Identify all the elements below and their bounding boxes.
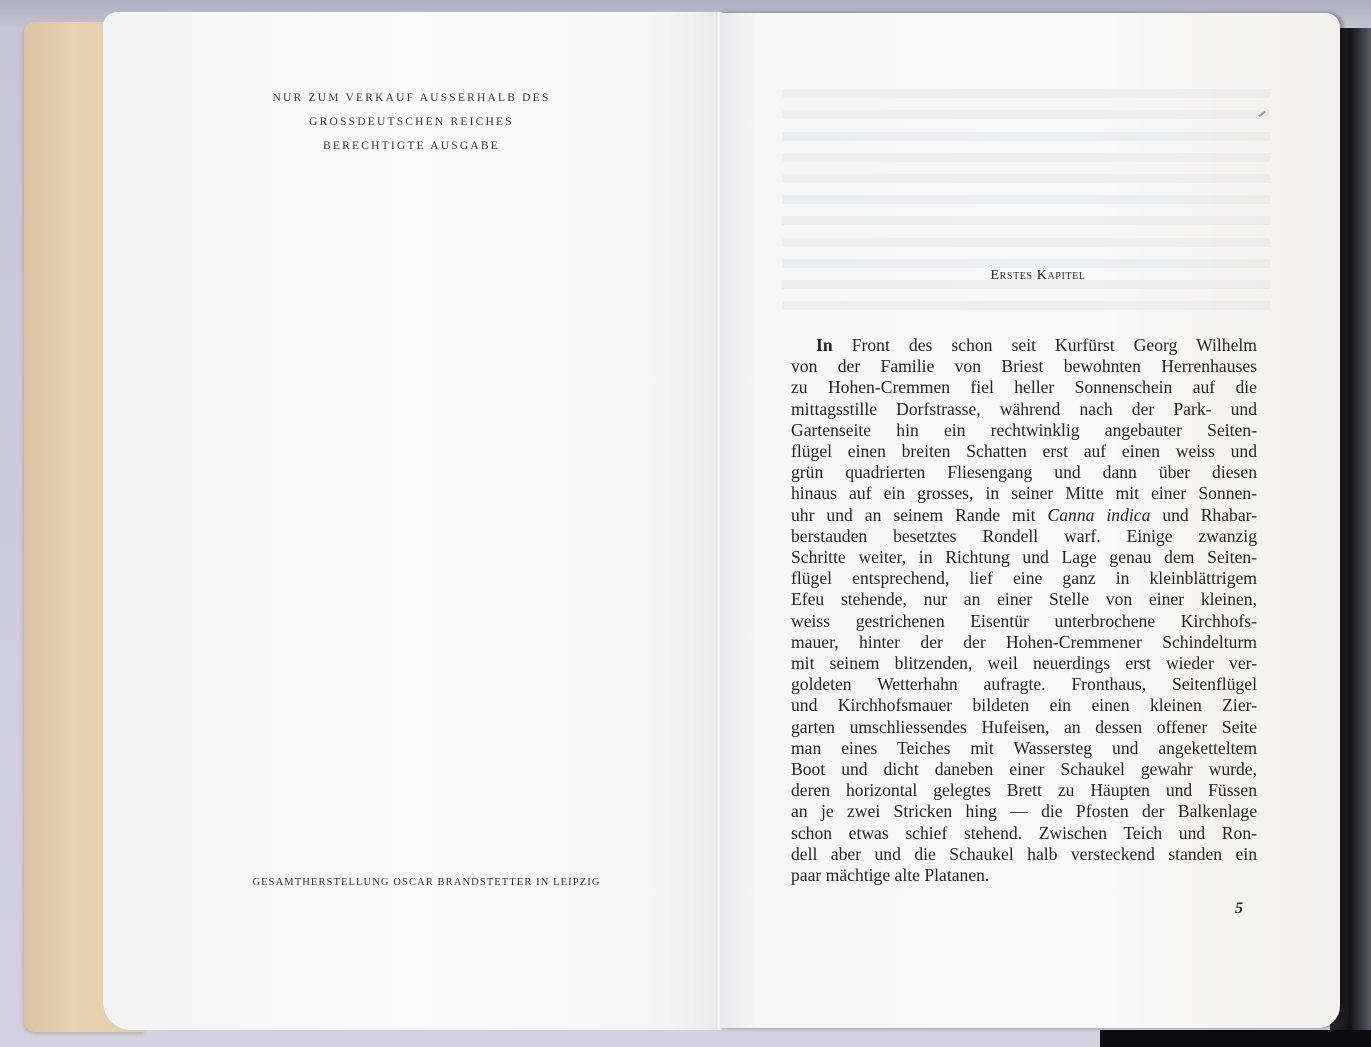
chapter-body: In Front des schon seit Kurfürst Georg W… bbox=[791, 335, 1257, 886]
text-line: paar mächtige alte Platanen. bbox=[791, 865, 1257, 886]
italic-botanical-name: Canna indica bbox=[1048, 505, 1151, 525]
printer-credit: GESAMTHERSTELLUNG OSCAR BRANDSTETTER IN … bbox=[119, 877, 734, 888]
text-line: hinaus auf ein grosses, in seiner Mitte … bbox=[791, 483, 1257, 504]
text-line: weiss gestrichenen Eisentür unterbrochen… bbox=[791, 611, 1257, 632]
imprint-notice: Nur zum Verkauf ausserhalb des Grossdeut… bbox=[103, 86, 718, 158]
text-line: dell aber und die Schaukel halb versteck… bbox=[791, 844, 1257, 865]
shadow bbox=[1100, 1030, 1371, 1047]
imprint-line: Grossdeutschen Reiches bbox=[105, 110, 718, 134]
imprint-line: Berechtigte Ausgabe bbox=[105, 134, 718, 158]
text-line: berstauden besetztes Rondell warf. Einig… bbox=[791, 526, 1257, 547]
text-line: mittagsstille Dorfstrasse, während nach … bbox=[791, 399, 1257, 420]
text-line: flügel einen breiten Schatten erst auf e… bbox=[791, 441, 1257, 462]
text-line: Efeu stehende, nur an einer Stelle von e… bbox=[791, 589, 1257, 610]
page-number: 5 bbox=[1235, 900, 1243, 918]
text-line: deren horizontal gelegtes Brett zu Häupt… bbox=[791, 780, 1257, 801]
text-line: flügel entsprechend, lief eine ganz in k… bbox=[791, 568, 1257, 589]
paragraph-lead: In bbox=[816, 335, 833, 355]
text-line: Gartenseite hin ein rechtwinklig angebau… bbox=[791, 420, 1257, 441]
imprint-line: Nur zum Verkauf ausserhalb des bbox=[105, 86, 718, 110]
text-line: Schritte weiter, in Richtung und Lage ge… bbox=[791, 547, 1257, 568]
left-page: Nur zum Verkauf ausserhalb des Grossdeut… bbox=[103, 12, 718, 1030]
text-line: goldeten Wetterhahn aufragte. Fronthaus,… bbox=[791, 674, 1257, 695]
text-line: grün quadrierten Fliesengang und dann üb… bbox=[791, 462, 1257, 483]
text-line: garten umschliessendes Hufeisen, an dess… bbox=[791, 717, 1257, 738]
text-line: man eines Teiches mit Wassersteg und ang… bbox=[791, 738, 1257, 759]
text-line: schon etwas schief stehend. Zwischen Tei… bbox=[791, 823, 1257, 844]
text-line: In Front des schon seit Kurfürst Georg W… bbox=[791, 335, 1257, 356]
right-page: Erstes Kapitel In Front des schon seit K… bbox=[720, 13, 1340, 1028]
text-line: mauer, hinter der der Hohen-Cremmener Sc… bbox=[791, 632, 1257, 653]
text-line: mit seinem blitzenden, weil neuerdings e… bbox=[791, 653, 1257, 674]
text-line: von der Familie von Briest bewohnten Her… bbox=[791, 356, 1257, 377]
text-line: an je zwei Stricken hing — die Pfosten d… bbox=[791, 801, 1257, 822]
text-line: Boot und dicht daneben einer Schaukel ge… bbox=[791, 759, 1257, 780]
chapter-title: Erstes Kapitel bbox=[728, 268, 1348, 284]
text-line: zu Hohen-Cremmen fiel heller Sonnenschei… bbox=[791, 377, 1257, 398]
text-line: und Kirchhofsmauer bildeten ein einen kl… bbox=[791, 695, 1257, 716]
text-line: uhr und an seinem Rande mit Canna indica… bbox=[791, 505, 1257, 526]
